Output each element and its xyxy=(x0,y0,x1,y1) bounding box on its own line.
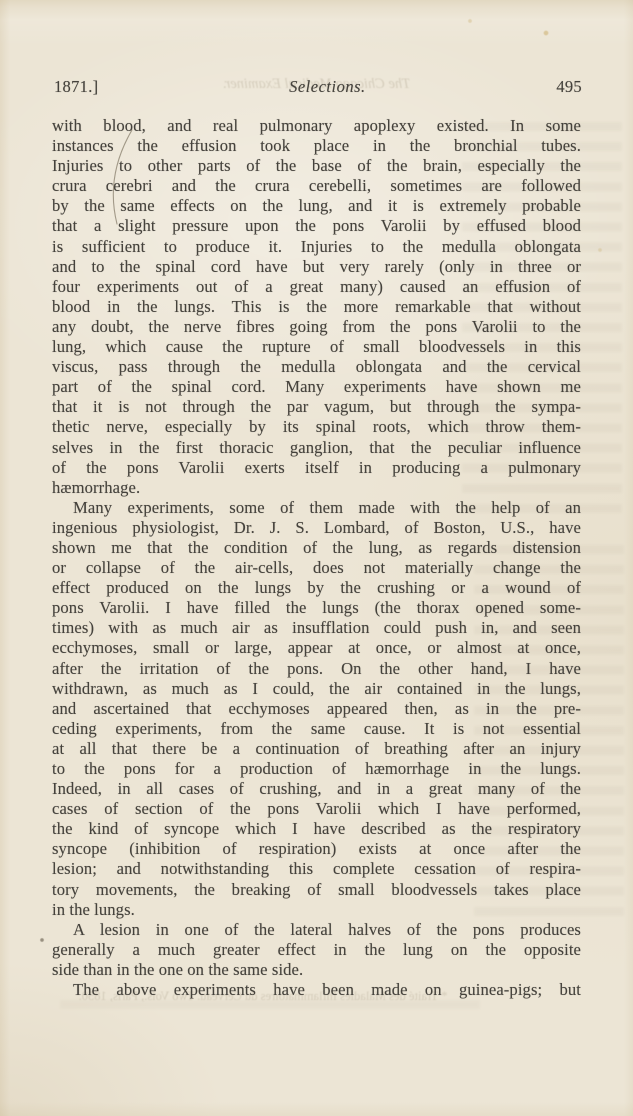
text-line: or collapse of the air-cells, does not m… xyxy=(52,558,581,578)
text-line: the kind of syncope which I have describ… xyxy=(52,819,581,839)
text-line: lung, which cause the rupture of small b… xyxy=(52,337,581,357)
text-line: to the pons for a production of hæmorrha… xyxy=(52,759,581,779)
text-line: four experiments out of a great many) ca… xyxy=(52,277,581,297)
header-page-number: 495 xyxy=(556,77,582,97)
text-line: times) with as much air as insufflation … xyxy=(52,618,581,638)
text-line: crura cerebri and the crura cerebelli, s… xyxy=(52,176,581,196)
text-line: syncope (inhibition of respiration) exis… xyxy=(52,839,581,859)
text-line: A lesion in one of the lateral halves of… xyxy=(52,920,581,940)
text-line: lesion; and notwithstanding this complet… xyxy=(52,859,581,879)
text-line: withdrawn, as much as I could, the air c… xyxy=(52,679,581,699)
text-line: Indeed, in all cases of crushing, and in… xyxy=(52,779,581,799)
running-head: 1871.] Selections. 495 xyxy=(54,77,582,97)
body-text: with blood, and real pulmonary apoplexy … xyxy=(52,116,581,1000)
text-line: shown me that the condition of the lung,… xyxy=(52,538,581,558)
text-line: cases of section of the pons Varolii whi… xyxy=(52,799,581,819)
text-line: in the lungs. xyxy=(52,900,581,920)
header-year: 1871.] xyxy=(54,77,98,97)
text-line: by the same effects on the lung, and it … xyxy=(52,196,581,216)
text-line: effect produced on the lungs by the crus… xyxy=(52,578,581,598)
text-line: ecchymoses, small or large, appear at on… xyxy=(52,638,581,658)
text-line: ceding experiments, from the same cause.… xyxy=(52,719,581,739)
text-line: with blood, and real pulmonary apoplexy … xyxy=(52,116,581,136)
scanned-book-page: The Chicago Medical Examiner. * Traité d… xyxy=(0,0,633,1116)
text-line: viscus, pass through the medulla oblonga… xyxy=(52,357,581,377)
text-line: Many experiments, some of them made with… xyxy=(52,498,581,518)
text-line: pons Varolii. I have filled the lungs (t… xyxy=(52,598,581,618)
text-line: thetic nerve, especially by its spinal r… xyxy=(52,417,581,437)
text-line: selves in the first thoracic ganglion, t… xyxy=(52,438,581,458)
text-line: and to the spinal cord have but very rar… xyxy=(52,257,581,277)
text-line: any doubt, the nerve fibres going from t… xyxy=(52,317,581,337)
text-line: side than in the one on the same side. xyxy=(52,960,581,980)
text-line: instances the effusion took place in the… xyxy=(52,136,581,156)
text-line: at all that there be a continuation of b… xyxy=(52,739,581,759)
text-line: that it is not through the par vagum, bu… xyxy=(52,397,581,417)
text-line: Injuries to other parts of the base of t… xyxy=(52,156,581,176)
text-line: generally a much greater effect in the l… xyxy=(52,940,581,960)
text-line: ingenious physiologist, Dr. J. S. Lombar… xyxy=(52,518,581,538)
text-line: tory movements, the breaking of small bl… xyxy=(52,880,581,900)
page-title: Selections. xyxy=(289,77,366,97)
text-line: and ascertained that ecchymoses appeared… xyxy=(52,699,581,719)
text-line: that a slight pressure upon the pons Var… xyxy=(52,216,581,236)
text-line: after the irritation of the pons. On the… xyxy=(52,659,581,679)
text-line: blood in the lungs. This is the more rem… xyxy=(52,297,581,317)
text-line: of the pons Varolii exerts itself in pro… xyxy=(52,458,581,478)
text-line: part of the spinal cord. Many experiment… xyxy=(52,377,581,397)
text-line: is sufficient to produce it. Injuries to… xyxy=(52,237,581,257)
text-line: The above experiments have been made on … xyxy=(52,980,581,1000)
text-line: hæmorrhage. xyxy=(52,478,581,498)
bleedthrough-smudge xyxy=(60,1000,480,1016)
